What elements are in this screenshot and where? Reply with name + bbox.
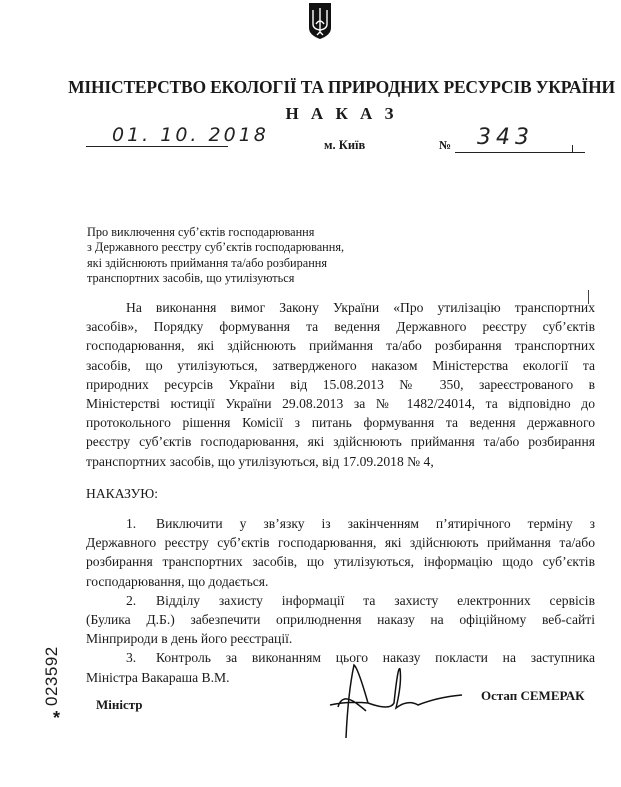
order-directive-heading: НАКАЗУЮ: bbox=[86, 486, 158, 502]
document-serial-number: 023592 bbox=[42, 646, 62, 706]
preamble-line: засобів, що утилізуються, затвердженого … bbox=[86, 356, 595, 375]
serial-asterisk: * bbox=[53, 708, 60, 729]
preamble-line: транспортних засобів, що утилізуються, в… bbox=[86, 452, 595, 471]
order-number-label: № bbox=[439, 138, 451, 153]
preamble-line: господарювання, які здійснюють приймання… bbox=[86, 336, 595, 355]
subject-line: транспортних засобів, що утилізуються bbox=[87, 271, 387, 286]
order-item-line: (Булика Д.Б.) забезпечити оприлюднення н… bbox=[86, 610, 595, 629]
preamble-line: На виконання вимог Закону України «Про у… bbox=[86, 298, 595, 317]
order-items: 1.Виключити у зв’язку із закінченням п’я… bbox=[86, 514, 595, 687]
order-item-line: Мінприроди в день його реєстрації. bbox=[86, 629, 595, 648]
date-underline bbox=[86, 146, 228, 147]
order-item-line: розбирання транспортних засобів, що утил… bbox=[86, 552, 595, 571]
order-item-line: Державного реєстру суб’єктів господарюва… bbox=[86, 533, 595, 552]
preamble-line: Міністерстві юстиції України 29.08.2013 … bbox=[86, 394, 595, 413]
subject-line: з Державного реєстру суб’єктів господарю… bbox=[87, 240, 387, 255]
order-item-line: господарювання, що додається. bbox=[86, 572, 595, 591]
number-underline bbox=[455, 152, 585, 153]
order-date: 01. 10. 2018 bbox=[112, 124, 269, 146]
preamble-line: природних ресурсів України від 15.08.201… bbox=[86, 375, 595, 394]
order-item-2: 2.Відділу захисту інформації та захисту … bbox=[86, 591, 595, 610]
preamble-line: протокольного рішення Комісії з питань ф… bbox=[86, 413, 595, 432]
preamble-paragraph: На виконання вимог Закону України «Про у… bbox=[86, 298, 595, 471]
subject-line: які здійснюють приймання та/або розбиран… bbox=[87, 256, 387, 271]
signer-position: Міністр bbox=[96, 697, 143, 713]
order-city: м. Київ bbox=[324, 138, 365, 153]
order-number: 343 bbox=[477, 125, 534, 150]
document-type-title: Н А К А З bbox=[0, 104, 621, 124]
subject-line: Про виключення суб’єктів господарювання bbox=[87, 225, 387, 240]
preamble-line: засобів», Порядку формування та ведення … bbox=[86, 317, 595, 336]
ministry-name: МІНІСТЕРСТВО ЕКОЛОГІЇ ТА ПРИРОДНИХ РЕСУР… bbox=[0, 77, 621, 98]
preamble-line: реєстру суб’єктів господарювання, які зд… bbox=[86, 432, 595, 451]
trident-emblem-icon bbox=[308, 2, 332, 40]
signer-name: Остап СЕМЕРАК bbox=[481, 688, 585, 704]
order-item-1: 1.Виключити у зв’язку із закінченням п’я… bbox=[86, 514, 595, 533]
handwritten-signature bbox=[328, 663, 468, 743]
number-tick-mark bbox=[572, 145, 573, 152]
order-subject: Про виключення суб’єктів господарювання … bbox=[87, 225, 387, 287]
